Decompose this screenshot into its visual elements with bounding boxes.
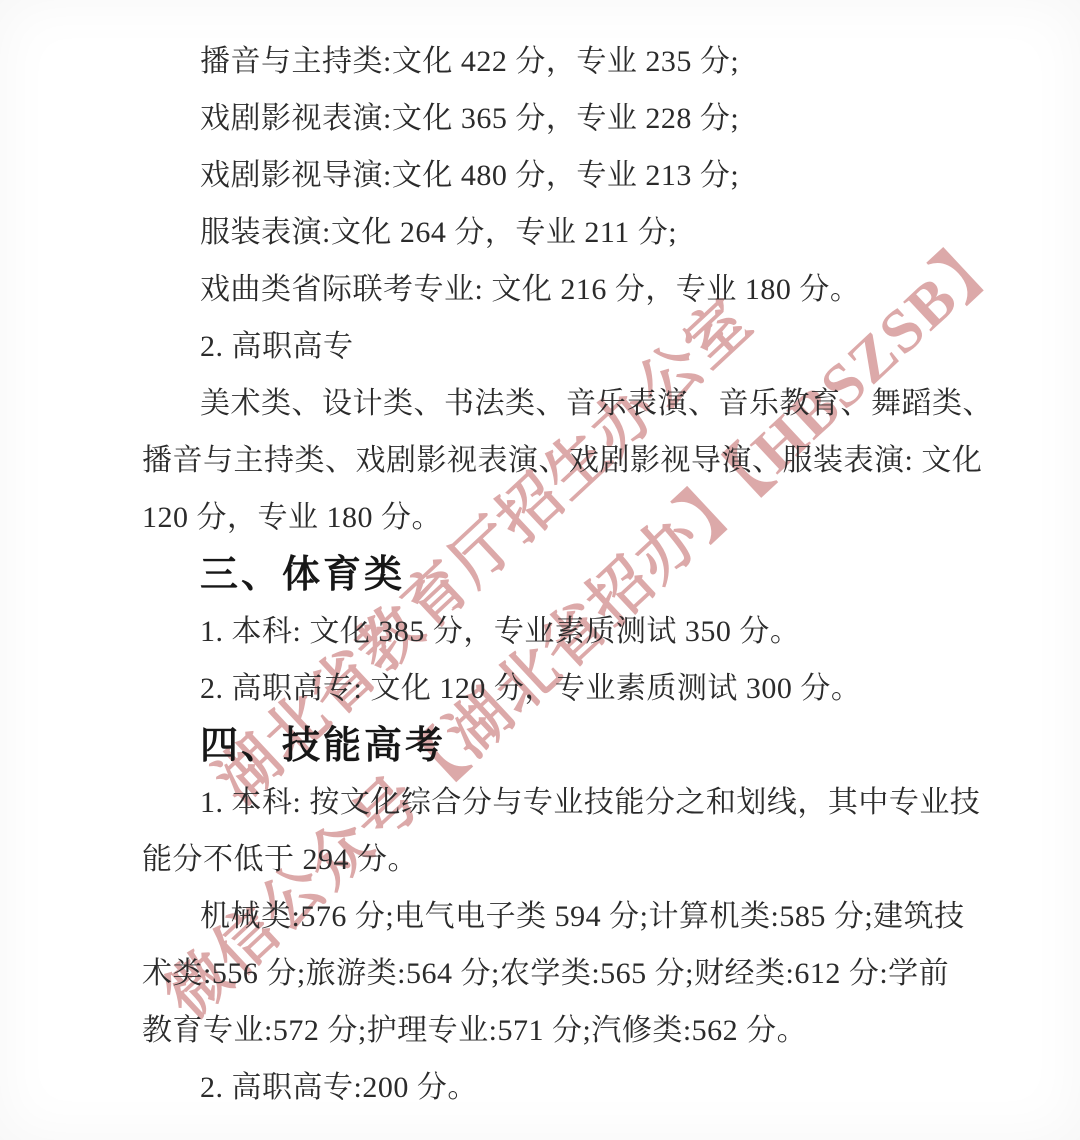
doc-line-broadcast-hosting: 播音与主持类:文化 422 分，专业 235 分;	[142, 33, 952, 90]
doc-line-art-categories-2: 播音与主持类、戏剧影视表演、戏剧影视导演、服装表演: 文化	[142, 432, 952, 489]
doc-line-vocational-label: 2. 高职高专	[142, 318, 952, 375]
doc-line-skills-scores-2: 术类:556 分;旅游类:564 分;农学类:565 分;财经类:612 分:学…	[142, 945, 952, 1002]
document-body: 播音与主持类:文化 422 分，专业 235 分; 戏剧影视表演:文化 365 …	[142, 33, 952, 1116]
doc-line-sports-undergrad: 1. 本科: 文化 385 分，专业素质测试 350 分。	[142, 603, 952, 660]
doc-line-art-categories-3: 120 分，专业 180 分。	[142, 489, 952, 546]
doc-line-skills-scores-1: 机械类:576 分;电气电子类 594 分;计算机类:585 分;建筑技	[142, 888, 952, 945]
doc-line-opera-joint-exam: 戏曲类省际联考专业: 文化 216 分，专业 180 分。	[142, 261, 952, 318]
document-page: 湖北省教育厅招生办公室 微信公众号【湖北省招办】【HBSZSB】 播音与主持类:…	[0, 0, 1080, 1140]
doc-line-drama-directing: 戏剧影视导演:文化 480 分，专业 213 分;	[142, 147, 952, 204]
doc-line-skills-undergrad-2: 能分不低于 294 分。	[142, 831, 952, 888]
doc-line-skills-scores-3: 教育专业:572 分;护理专业:571 分;汽修类:562 分。	[142, 1002, 952, 1059]
doc-line-art-categories-1: 美术类、设计类、书法类、音乐表演、音乐教育、舞蹈类、	[142, 375, 952, 432]
doc-line-fashion-performance: 服装表演:文化 264 分，专业 211 分;	[142, 204, 952, 261]
doc-line-skills-undergrad-1: 1. 本科: 按文化综合分与专业技能分之和划线，其中专业技	[142, 774, 952, 831]
doc-line-sports-vocational: 2. 高职高专: 文化 120 分，专业素质测试 300 分。	[142, 660, 952, 717]
section-heading-skills-exam: 四、技能高考	[142, 717, 952, 774]
doc-line-skills-vocational: 2. 高职高专:200 分。	[142, 1059, 952, 1116]
section-heading-sports: 三、体育类	[142, 546, 952, 603]
doc-line-drama-performance: 戏剧影视表演:文化 365 分，专业 228 分;	[142, 90, 952, 147]
